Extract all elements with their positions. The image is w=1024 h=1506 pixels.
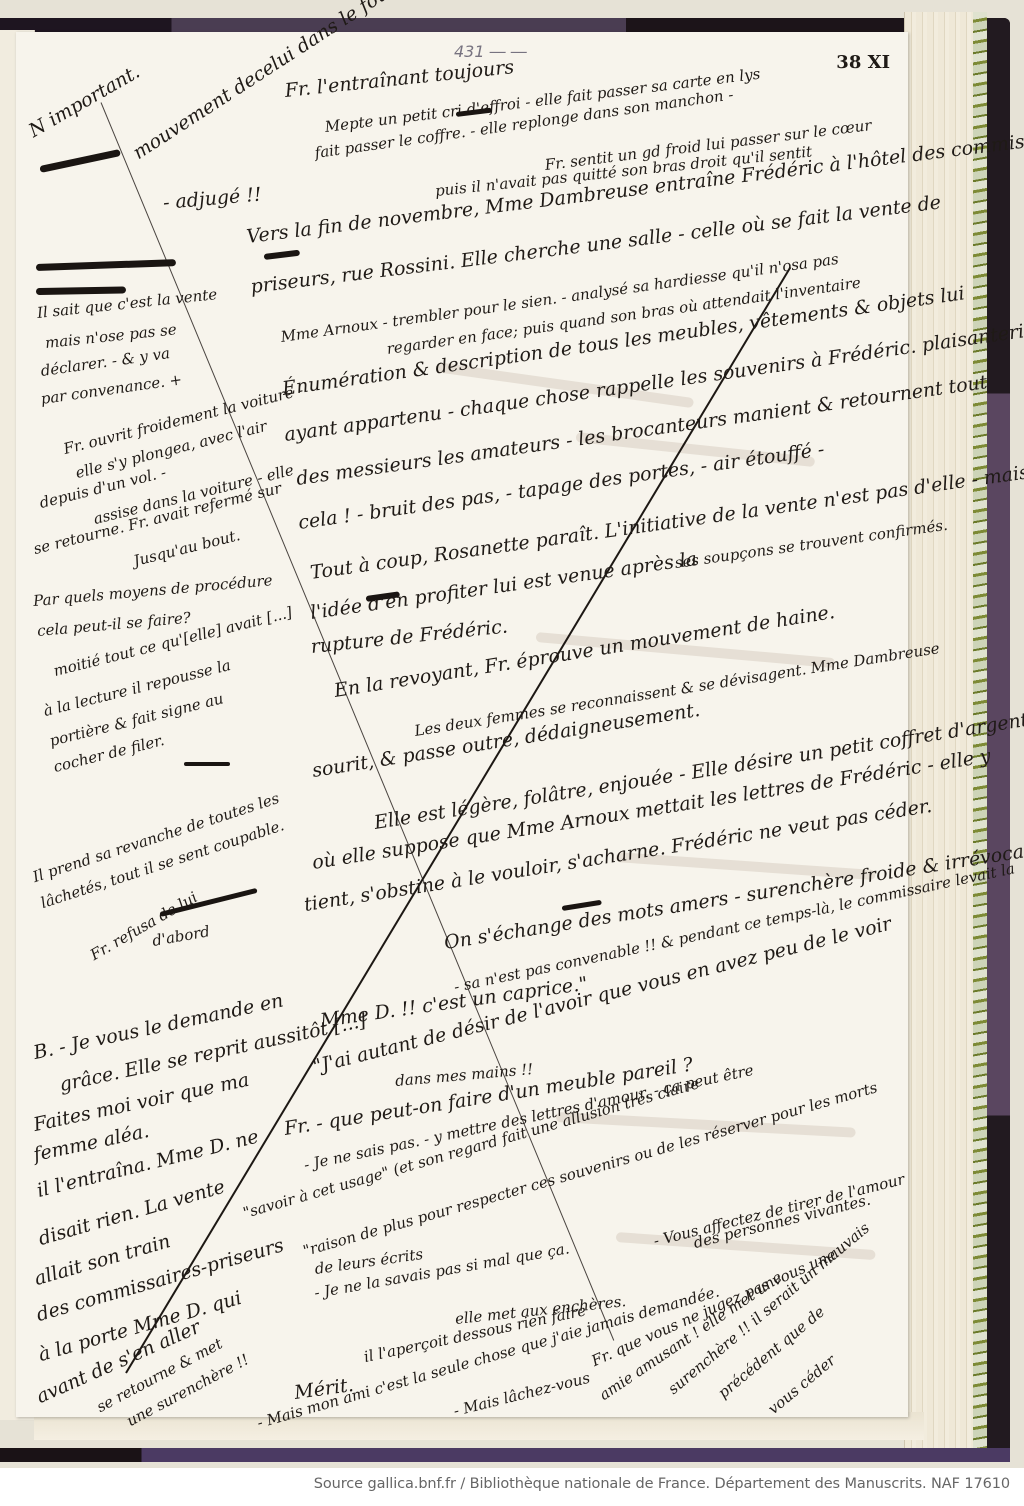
- margin-note: - adjugé !!: [162, 183, 262, 214]
- book-binding-bottom: [0, 1448, 1010, 1462]
- manuscript-photograph: 431 ― ― 38 XI N important. mouvement dec…: [0, 0, 1024, 1468]
- margin-note: Jusqu'au bout.: [132, 526, 242, 570]
- body-line: "J'ai autant de désir de l'avoir que vou…: [311, 913, 894, 1078]
- crossed-out-line: [36, 259, 176, 271]
- crossed-out-word: [264, 250, 300, 260]
- crossed-out-line: [36, 286, 126, 295]
- folio-number: 38 XI: [836, 52, 890, 73]
- body-line: rupture de Frédéric.: [310, 615, 509, 658]
- manuscript-page: 431 ― ― 38 XI N important. mouvement dec…: [16, 32, 908, 1417]
- crossed-out-word: [184, 762, 230, 766]
- book-binding-spine: [986, 18, 1010, 1462]
- source-caption: Source gallica.bnf.fr / Bibliothèque nat…: [314, 1476, 1010, 1492]
- body-line: - Vous affectez de tirer de l'amour: [652, 1170, 907, 1250]
- margin-note-boxed: Par quels moyens de procédure: [32, 571, 273, 610]
- body-line: - Mais lâchez-vous: [452, 1369, 592, 1420]
- margin-note: N important.: [25, 61, 144, 142]
- body-line: vous céder: [764, 1351, 839, 1418]
- body-line: Fr. l'entraînant toujours: [284, 56, 515, 102]
- crossed-out-word: [39, 149, 121, 173]
